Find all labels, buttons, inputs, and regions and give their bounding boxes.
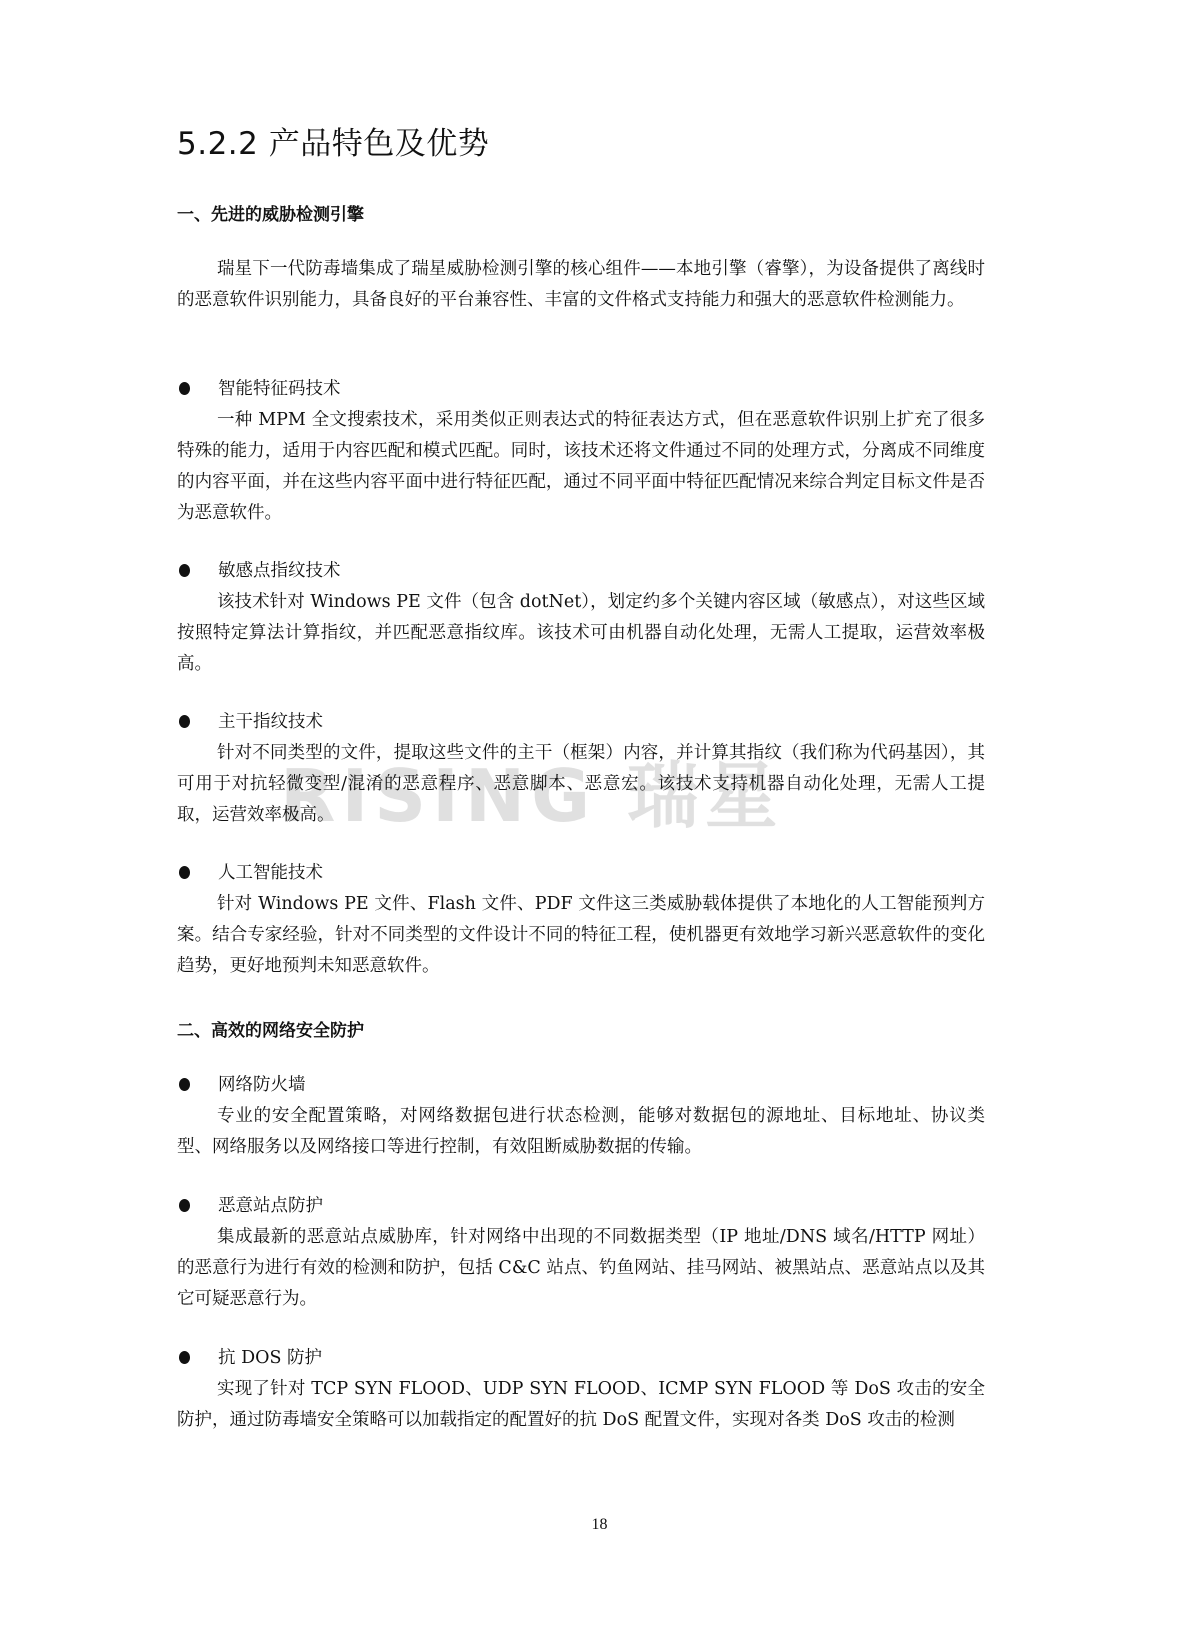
document-page: RISING 瑞星 5.2.2 产品特色及优势 一、先进的威胁检测引擎 瑞星下一… (0, 0, 1199, 1627)
bullet-body-paragraph: 实现了针对 TCP SYN FLOOD、UDP SYN FLOOD、ICMP S… (177, 1374, 985, 1436)
bullet-icon (179, 1199, 190, 1212)
bullet-item-backbone-fingerprint: 主干指纹技术 (177, 707, 323, 738)
section-title: 5.2.2 产品特色及优势 (177, 118, 489, 163)
bullet-item-malicious-site: 恶意站点防护 (177, 1191, 323, 1222)
page-number: 18 (0, 1516, 1199, 1534)
section-intro-paragraph: 瑞星下一代防毒墙集成了瑞星威胁检测引擎的核心组件——本地引擎（睿擎），为设备提供… (177, 254, 985, 316)
bullet-item-firewall: 网络防火墙 (177, 1070, 306, 1101)
bullet-body-paragraph: 该技术针对 Windows PE 文件（包含 dotNet），划定约多个关键内容… (177, 587, 985, 680)
bullet-title-label: 网络防火墙 (218, 1075, 306, 1095)
bullet-title-label: 恶意站点防护 (218, 1196, 323, 1216)
bullet-title-label: 智能特征码技术 (218, 379, 341, 399)
bullet-body-paragraph: 一种 MPM 全文搜索技术，采用类似正则表达式的特征表达方式，但在恶意软件识别上… (177, 405, 985, 529)
bullet-icon (179, 382, 190, 395)
bullet-title-label: 抗 DOS 防护 (218, 1348, 322, 1368)
bullet-icon (179, 715, 190, 728)
bullet-title-label: 主干指纹技术 (218, 712, 323, 732)
bullet-item-anti-dos: 抗 DOS 防护 (177, 1343, 322, 1374)
bullet-item-sensitive-fingerprint: 敏感点指纹技术 (177, 556, 341, 587)
bullet-icon (179, 866, 190, 879)
bullet-icon (179, 1351, 190, 1364)
bullet-body-paragraph: 集成最新的恶意站点威胁库，针对网络中出现的不同数据类型（IP 地址/DNS 域名… (177, 1222, 985, 1315)
bullet-title-label: 人工智能技术 (218, 863, 323, 883)
bullet-body-paragraph: 针对不同类型的文件，提取这些文件的主干（框架）内容，并计算其指纹（我们称为代码基… (177, 738, 985, 831)
bullet-icon (179, 564, 190, 577)
section-heading-threat-engine: 一、先进的威胁检测引擎 (177, 200, 364, 225)
section-heading-network-protection: 二、高效的网络安全防护 (177, 1016, 364, 1041)
bullet-body-paragraph: 专业的安全配置策略，对网络数据包进行状态检测，能够对数据包的源地址、目标地址、协… (177, 1101, 985, 1163)
bullet-icon (179, 1078, 190, 1091)
bullet-item-signature-tech: 智能特征码技术 (177, 374, 341, 405)
bullet-item-ai-tech: 人工智能技术 (177, 858, 323, 889)
bullet-title-label: 敏感点指纹技术 (218, 561, 341, 581)
bullet-body-paragraph: 针对 Windows PE 文件、Flash 文件、PDF 文件这三类威胁载体提… (177, 889, 985, 982)
